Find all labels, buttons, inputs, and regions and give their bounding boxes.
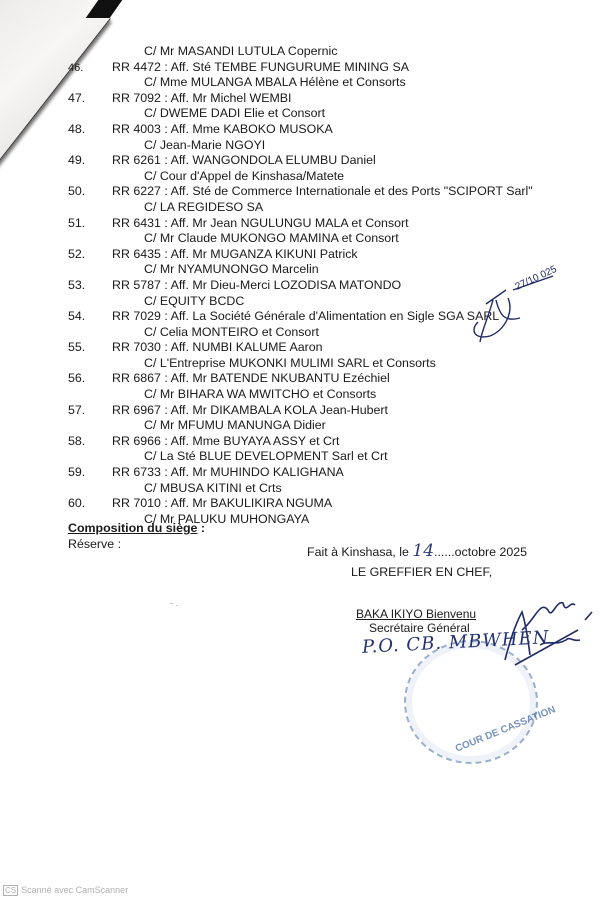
margin-signature-icon: 27/10 025 [474, 264, 559, 342]
camscanner-logo-icon: CS [3, 885, 18, 896]
handwriting-overlay: 27/10 025 [0, 0, 600, 905]
signature-icon [505, 603, 592, 665]
margin-annotation-text: 27/10 025 [514, 264, 559, 293]
camscanner-watermark: CSScanné avec CamScanner [3, 885, 128, 896]
scanned-document-page: C/ Mr MASANDI LUTULA Copernic 46.RR 4472… [0, 0, 600, 905]
watermark-text: Scanné avec CamScanner [21, 885, 128, 895]
